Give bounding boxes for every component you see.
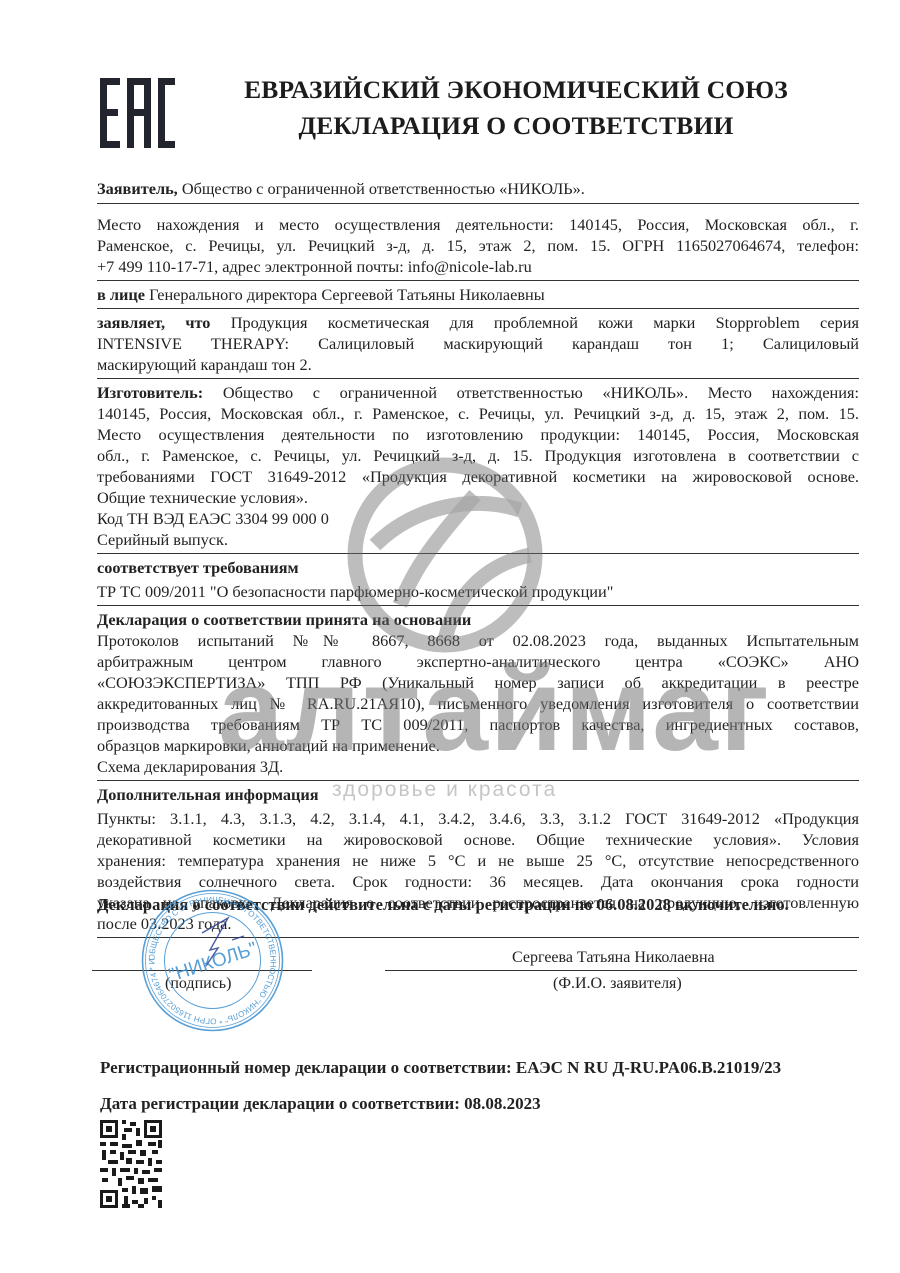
basis-section: Декларация о соответствии принята на осн… xyxy=(97,606,859,781)
location-line: +7 499 110-17-71, адрес электронной почт… xyxy=(97,256,859,277)
manufacturer-line: Место осуществления деятельности по изго… xyxy=(97,424,859,445)
manufacturer-label: Изготовитель: xyxy=(97,383,203,402)
title-line-2: ДЕКЛАРАЦИЯ О СООТВЕТСТВИИ xyxy=(200,108,832,144)
manufacturer-section: Изготовитель: Общество с ограниченной от… xyxy=(97,379,859,554)
company-stamp-icon: ОБЩЕСТВО С ОГРАНИЧЕННОЙ ОТВЕТСТВЕННОСТЬЮ… xyxy=(140,888,285,1033)
basis-line: производства требованиям ТР ТС 009/2011,… xyxy=(97,714,859,735)
basis-line: арбитражным центром главного экспертно-а… xyxy=(97,651,859,672)
declaration-scheme: Схема декларирования 3Д. xyxy=(97,756,859,777)
hs-code: Код ТН ВЭД ЕАЭС 3304 99 000 0 xyxy=(97,508,859,529)
additional-info-label: Дополнительная информация xyxy=(97,784,859,805)
declares-text: Продукция косметическая для проблемной к… xyxy=(210,313,859,332)
declares-line: заявляет, что Продукция косметическая дл… xyxy=(97,312,859,333)
basis-line: аккредитованных лиц № RA.RU.21АЯ10), пис… xyxy=(97,693,859,714)
manufacturer-line: Изготовитель: Общество с ограниченной от… xyxy=(97,382,859,403)
basis-line: «СОЮЗЭКСПЕРТИЗА» ТПП РФ (Уникальный номе… xyxy=(97,672,859,693)
declares-line: маскирующий карандаш тон 2. xyxy=(97,354,859,375)
basis-line: образцов маркировки, аннотаций на примен… xyxy=(97,735,859,756)
document-title: ЕВРАЗИЙСКИЙ ЭКОНОМИЧЕСКИЙ СОЮЗ ДЕКЛАРАЦИ… xyxy=(200,72,832,144)
signer-name: Сергеева Татьяна Николаевна xyxy=(512,949,715,967)
basis-label: Декларация о соответствии принята на осн… xyxy=(97,609,859,630)
manufacturer-line: требованиями ГОСТ 31649-2012 «Продукция … xyxy=(97,466,859,487)
represented-by-value: Генерального директора Сергеевой Татьяны… xyxy=(145,285,545,304)
complies-value: ТР ТС 009/2011 "О безопасности парфюмерн… xyxy=(97,581,859,602)
location-line: Раменское, с. Речицы, ул. Речицкий з-д, … xyxy=(97,235,859,256)
registration-number: Регистрационный номер декларации о соотв… xyxy=(100,1058,781,1078)
manufacturer-text: Общество с ограниченной ответственностью… xyxy=(203,383,859,402)
manufacturer-line: обл., г. Раменское, с. Речицы, ул. Речиц… xyxy=(97,445,859,466)
represented-by-section: в лице Генерального директора Сергеевой … xyxy=(97,281,859,309)
declaration-body: Заявитель, Общество с ограниченной ответ… xyxy=(97,175,859,938)
declares-section: заявляет, что Продукция косметическая дл… xyxy=(97,309,859,379)
manufacturer-line: Общие технические условия». xyxy=(97,487,859,508)
declares-label: заявляет, что xyxy=(97,313,210,332)
location-section: Место нахождения и место осуществления д… xyxy=(97,204,859,281)
additional-line: Пункты: 3.1.1, 4.3, 3.1.3, 4.2, 3.1.4, 4… xyxy=(97,808,859,829)
name-line xyxy=(385,970,857,971)
signer-name-label: (Ф.И.О. заявителя) xyxy=(553,975,682,993)
title-line-1: ЕВРАЗИЙСКИЙ ЭКОНОМИЧЕСКИЙ СОЮЗ xyxy=(200,72,832,108)
registration-date: Дата регистрации декларации о соответств… xyxy=(100,1094,541,1114)
release-type: Серийный выпуск. xyxy=(97,529,859,550)
applicant-value: Общество с ограниченной ответственностью… xyxy=(178,179,585,198)
applicant-label: Заявитель, xyxy=(97,179,178,198)
eac-logo-icon xyxy=(100,78,175,148)
additional-line: декоративной косметики на жировосковой о… xyxy=(97,829,859,850)
applicant-section: Заявитель, Общество с ограниченной ответ… xyxy=(97,175,859,204)
basis-line: Протоколов испытаний №№ 8667, 8668 от 02… xyxy=(97,630,859,651)
declaration-page: ЕВРАЗИЙСКИЙ ЭКОНОМИЧЕСКИЙ СОЮЗ ДЕКЛАРАЦИ… xyxy=(0,0,900,1273)
manufacturer-line: 140145, Россия, Московская обл., г. Раме… xyxy=(97,403,859,424)
complies-label: соответствует требованиям xyxy=(97,557,859,578)
location-line: Место нахождения и место осуществления д… xyxy=(97,214,859,235)
represented-by-label: в лице xyxy=(97,285,145,304)
declares-line: INTENSIVE THERAPY: Салициловый маскирующ… xyxy=(97,333,859,354)
complies-section: соответствует требованиям ТР ТС 009/2011… xyxy=(97,554,859,606)
qr-code-icon[interactable] xyxy=(100,1120,162,1208)
additional-line: хранения: температура хранения не ниже 5… xyxy=(97,850,859,871)
